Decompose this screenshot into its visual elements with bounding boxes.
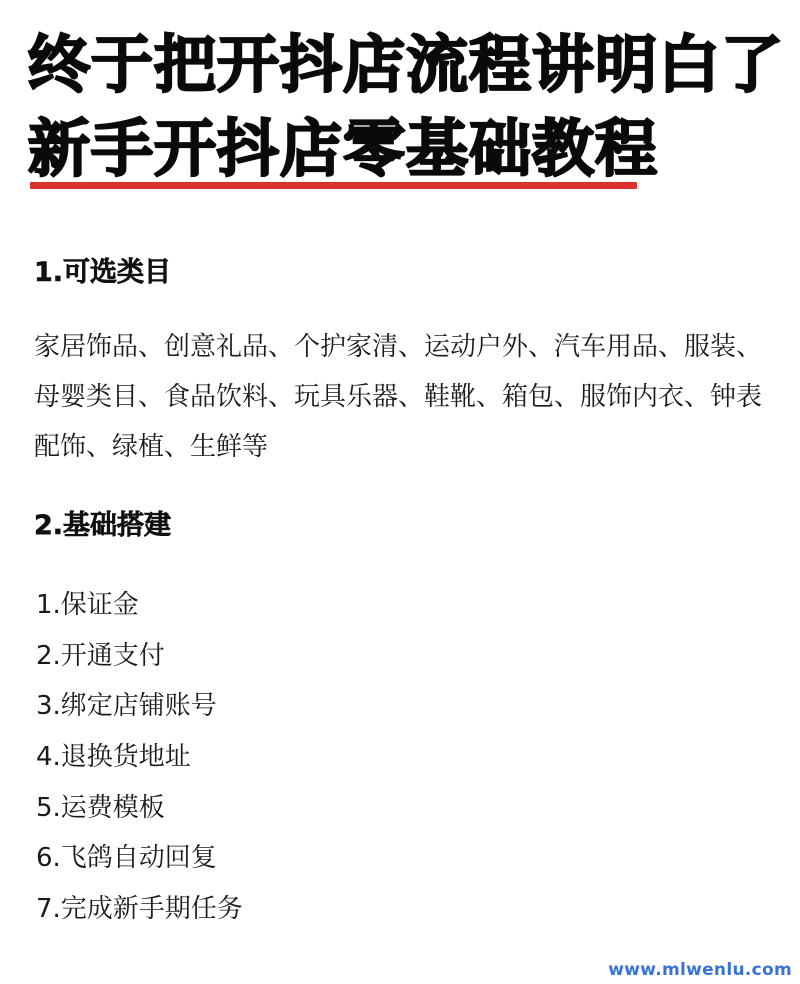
list-item: 5.运费模板 <box>36 791 243 842</box>
section-heading-basic-setup: 2.基础搭建 <box>34 512 171 539</box>
list-item: 6.飞鸽自动回复 <box>36 841 243 892</box>
setup-steps-list: 1.保证金 2.开通支付 3.绑定店铺账号 4.退换货地址 5.运费模板 6.飞… <box>36 588 243 943</box>
watermark: www.mlwenlu.com <box>608 962 792 979</box>
section-heading-categories: 1.可选类目 <box>34 259 171 286</box>
title-underline <box>30 182 637 189</box>
page-title-line-1: 终于把开抖店流程讲明白了 <box>28 34 784 96</box>
list-item: 4.退换货地址 <box>36 740 243 791</box>
list-item: 1.保证金 <box>36 588 243 639</box>
list-item: 3.绑定店铺账号 <box>36 689 243 740</box>
categories-paragraph: 家居饰品、创意礼品、个护家清、运动户外、汽车用品、服装、母婴类目、食品饮料、玩具… <box>34 322 774 472</box>
page-title-line-2: 新手开抖店零基础教程 <box>28 118 658 180</box>
list-item: 2.开通支付 <box>36 639 243 690</box>
list-item: 7.完成新手期任务 <box>36 892 243 943</box>
